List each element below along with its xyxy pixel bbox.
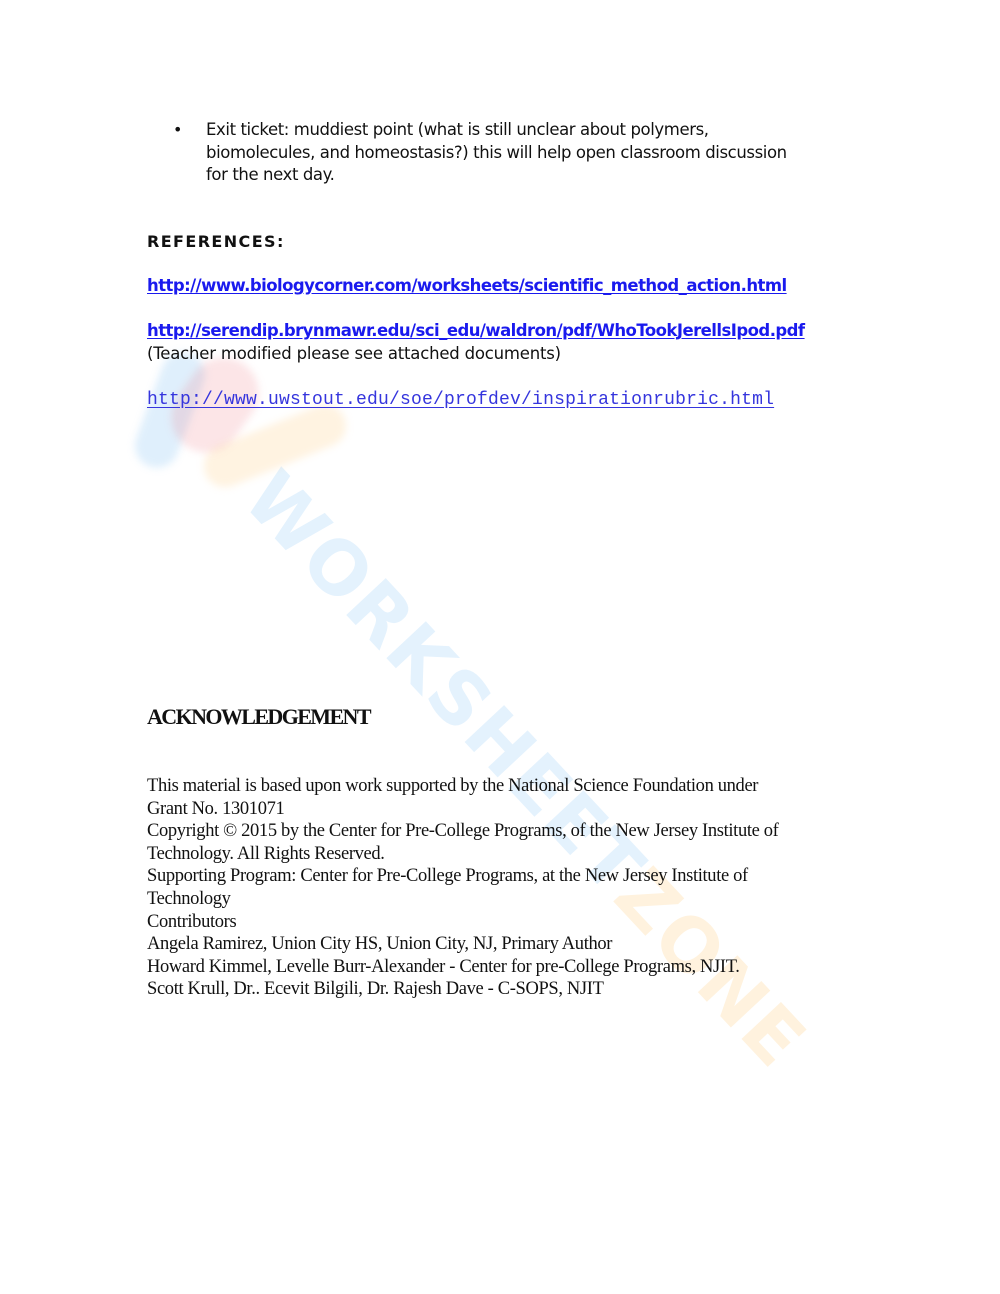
reference-link-serendip[interactable]: http://serendip.brynmawr.edu/sci_edu/wal… — [147, 321, 805, 340]
acknowledgement-heading: ACKNOWLEDGEMENT — [147, 704, 370, 730]
ack-line-contributors-label: Contributors — [147, 911, 907, 934]
ack-line-technology: Technology — [147, 888, 907, 911]
ack-line-nsf: This material is based upon work support… — [147, 775, 907, 798]
document-page: WORKSHEETZONE • Exit ticket: muddiest po… — [0, 0, 1000, 1294]
watermark-blue-stroke — [129, 346, 211, 474]
ack-line-contributor-ramirez: Angela Ramirez, Union City HS, Union Cit… — [147, 933, 907, 956]
ack-line-contributor-krull: Scott Krull, Dr.. Ecevit Bilgili, Dr. Ra… — [147, 978, 907, 1001]
bullet-dot-icon: • — [173, 119, 182, 142]
ack-line-contributor-kimmel: Howard Kimmel, Levelle Burr-Alexander - … — [147, 956, 907, 979]
ack-line-grant: Grant No. 1301071 — [147, 798, 907, 821]
teacher-modified-note: (Teacher modified please see attached do… — [147, 344, 561, 363]
ack-line-rights: Technology. All Rights Reserved. — [147, 843, 907, 866]
references-heading: REFERENCES: — [147, 232, 285, 251]
reference-link-biologycorner[interactable]: http://www.biologycorner.com/worksheets/… — [147, 276, 787, 295]
acknowledgement-body: This material is based upon work support… — [147, 775, 907, 1001]
exit-ticket-text: Exit ticket: muddiest point (what is sti… — [206, 119, 876, 187]
reference-link-uwstout[interactable]: http://www.uwstout.edu/soe/profdev/inspi… — [147, 390, 774, 410]
ack-line-supporting-program: Supporting Program: Center for Pre-Colle… — [147, 865, 907, 888]
ack-line-copyright: Copyright © 2015 by the Center for Pre-C… — [147, 820, 907, 843]
watermark-orange-stroke — [198, 398, 353, 493]
